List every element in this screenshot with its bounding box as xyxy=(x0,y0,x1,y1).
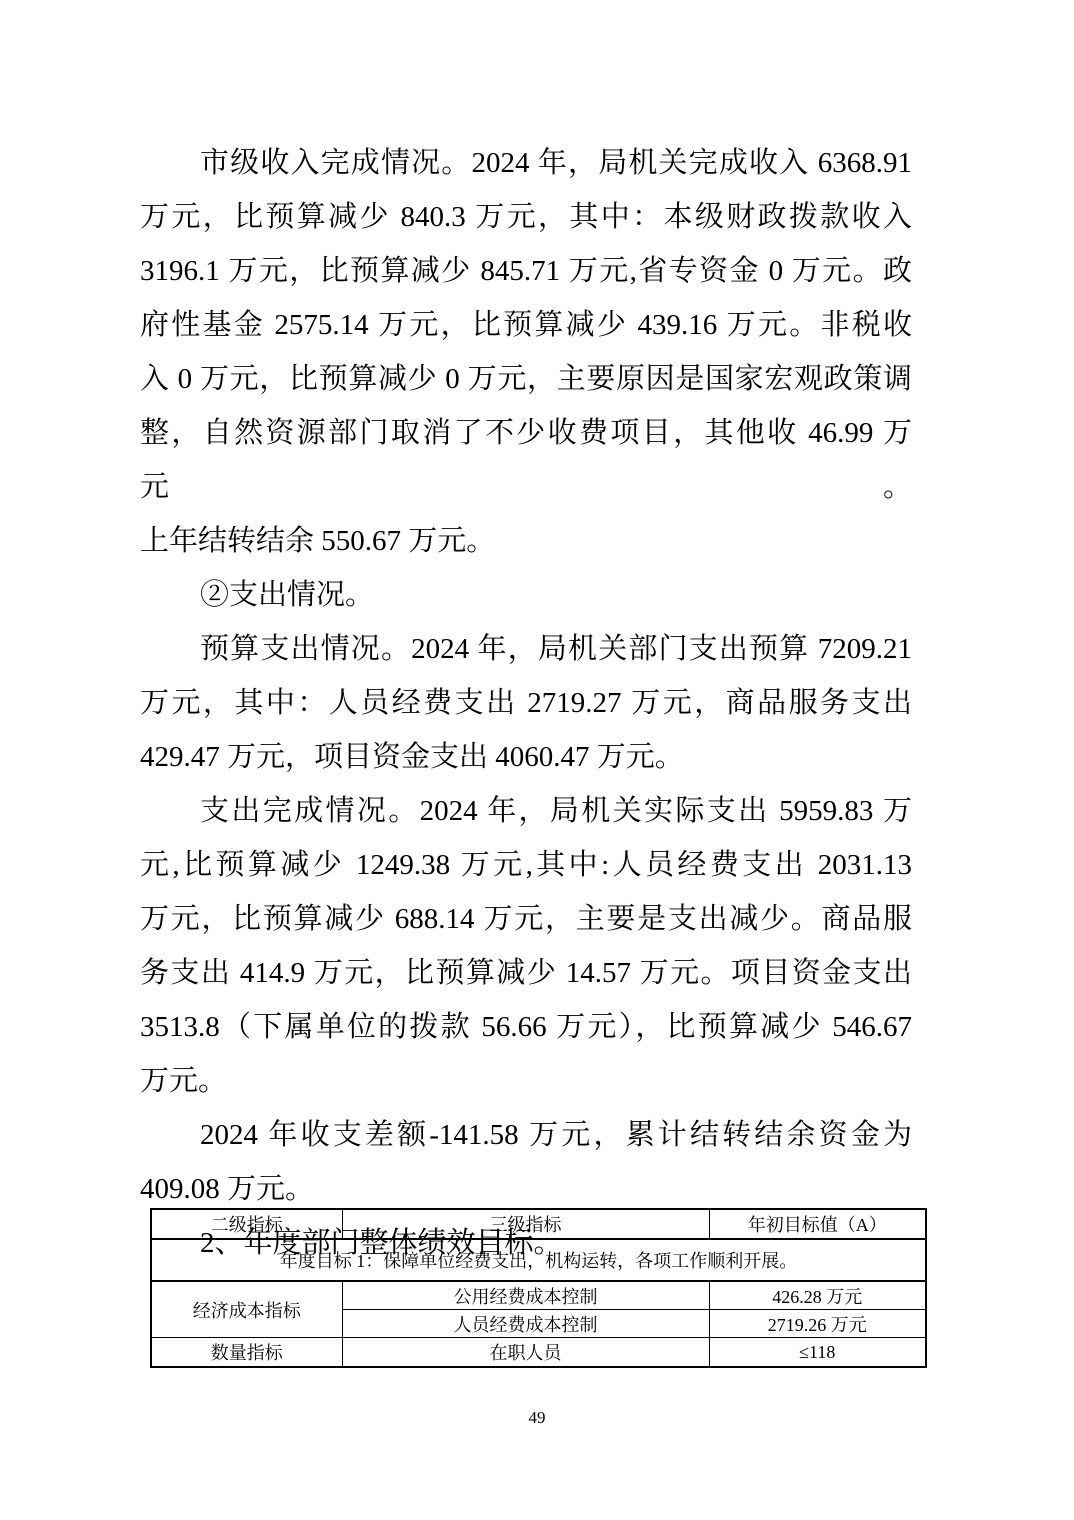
cell-target: 426.28 万元 xyxy=(709,1281,926,1310)
table-header-row: 二级指标 三级指标 年初目标值（A） xyxy=(151,1209,926,1239)
annual-goal-cell: 年度目标 1：保障单位经费支出，机构运转，各项工作顺利开展。 xyxy=(151,1239,926,1281)
text-line: 入 0 万元，比预算减少 0 万元，主要原因是国家宏观政策调 xyxy=(140,352,912,406)
annual-goals-table: 二级指标 三级指标 年初目标值（A） 年度目标 1：保障单位经费支出，机构运转，… xyxy=(150,1208,927,1368)
table-row: 数量指标 在职人员 ≤118 xyxy=(151,1338,926,1368)
text-line: 元,比预算减少 1249.38 万元,其中:人员经费支出 2031.13 xyxy=(140,838,912,892)
text-line: 万元，比预算减少 688.14 万元，主要是支出减少。商品服 xyxy=(140,892,912,946)
text-line: 2024 年收支差额-141.58 万元，累计结转结余资金为 xyxy=(140,1108,912,1162)
page-number: 49 xyxy=(0,1408,1074,1428)
cell-level2: 数量指标 xyxy=(151,1338,342,1368)
document-page: 市级收入完成情况。2024 年，局机关完成收入 6368.91 万元，比预算减少… xyxy=(0,0,1074,1520)
text-line: 整，自然资源部门取消了不少收费项目，其他收 46.99 万元。 xyxy=(140,406,912,514)
text-line: 万元，比预算减少 840.3 万元，其中：本级财政拨款收入 xyxy=(140,190,912,244)
cell-target: 2719.26 万元 xyxy=(709,1310,926,1338)
text-line: 3196.1 万元，比预算减少 845.71 万元,省专资金 0 万元。政 xyxy=(140,244,912,298)
col-header-target: 年初目标值（A） xyxy=(709,1209,926,1239)
text-line: 府性基金 2575.14 万元，比预算减少 439.16 万元。非税收 xyxy=(140,298,912,352)
cell-target: ≤118 xyxy=(709,1338,926,1368)
text-line: 上年结转结余 550.67 万元。 xyxy=(140,514,912,568)
text-line: 务支出 414.9 万元，比预算减少 14.57 万元。项目资金支出 xyxy=(140,946,912,1000)
cell-level3: 在职人员 xyxy=(342,1338,709,1368)
col-header-level3: 三级指标 xyxy=(342,1209,709,1239)
text-line: 支出完成情况。2024 年，局机关实际支出 5959.83 万 xyxy=(140,784,912,838)
table-row: 经济成本指标 公用经费成本控制 426.28 万元 xyxy=(151,1281,926,1310)
cell-level2: 经济成本指标 xyxy=(151,1281,342,1338)
text-line: 万元。 xyxy=(140,1054,912,1108)
text-line: 3513.8（下属单位的拨款 56.66 万元），比预算减少 546.67 xyxy=(140,1000,912,1054)
text-line: 万元，其中：人员经费支出 2719.27 万元，商品服务支出 xyxy=(140,676,912,730)
text-line: ②支出情况。 xyxy=(140,568,912,622)
cell-level3: 公用经费成本控制 xyxy=(342,1281,709,1310)
col-header-level2: 二级指标 xyxy=(151,1209,342,1239)
text-line: 预算支出情况。2024 年，局机关部门支出预算 7209.21 xyxy=(140,622,912,676)
document-body: 市级收入完成情况。2024 年，局机关完成收入 6368.91 万元，比预算减少… xyxy=(140,136,912,1270)
text-line: 429.47 万元，项目资金支出 4060.47 万元。 xyxy=(140,730,912,784)
annual-goal-row: 年度目标 1：保障单位经费支出，机构运转，各项工作顺利开展。 xyxy=(151,1239,926,1281)
text-line: 市级收入完成情况。2024 年，局机关完成收入 6368.91 xyxy=(140,136,912,190)
cell-level3: 人员经费成本控制 xyxy=(342,1310,709,1338)
